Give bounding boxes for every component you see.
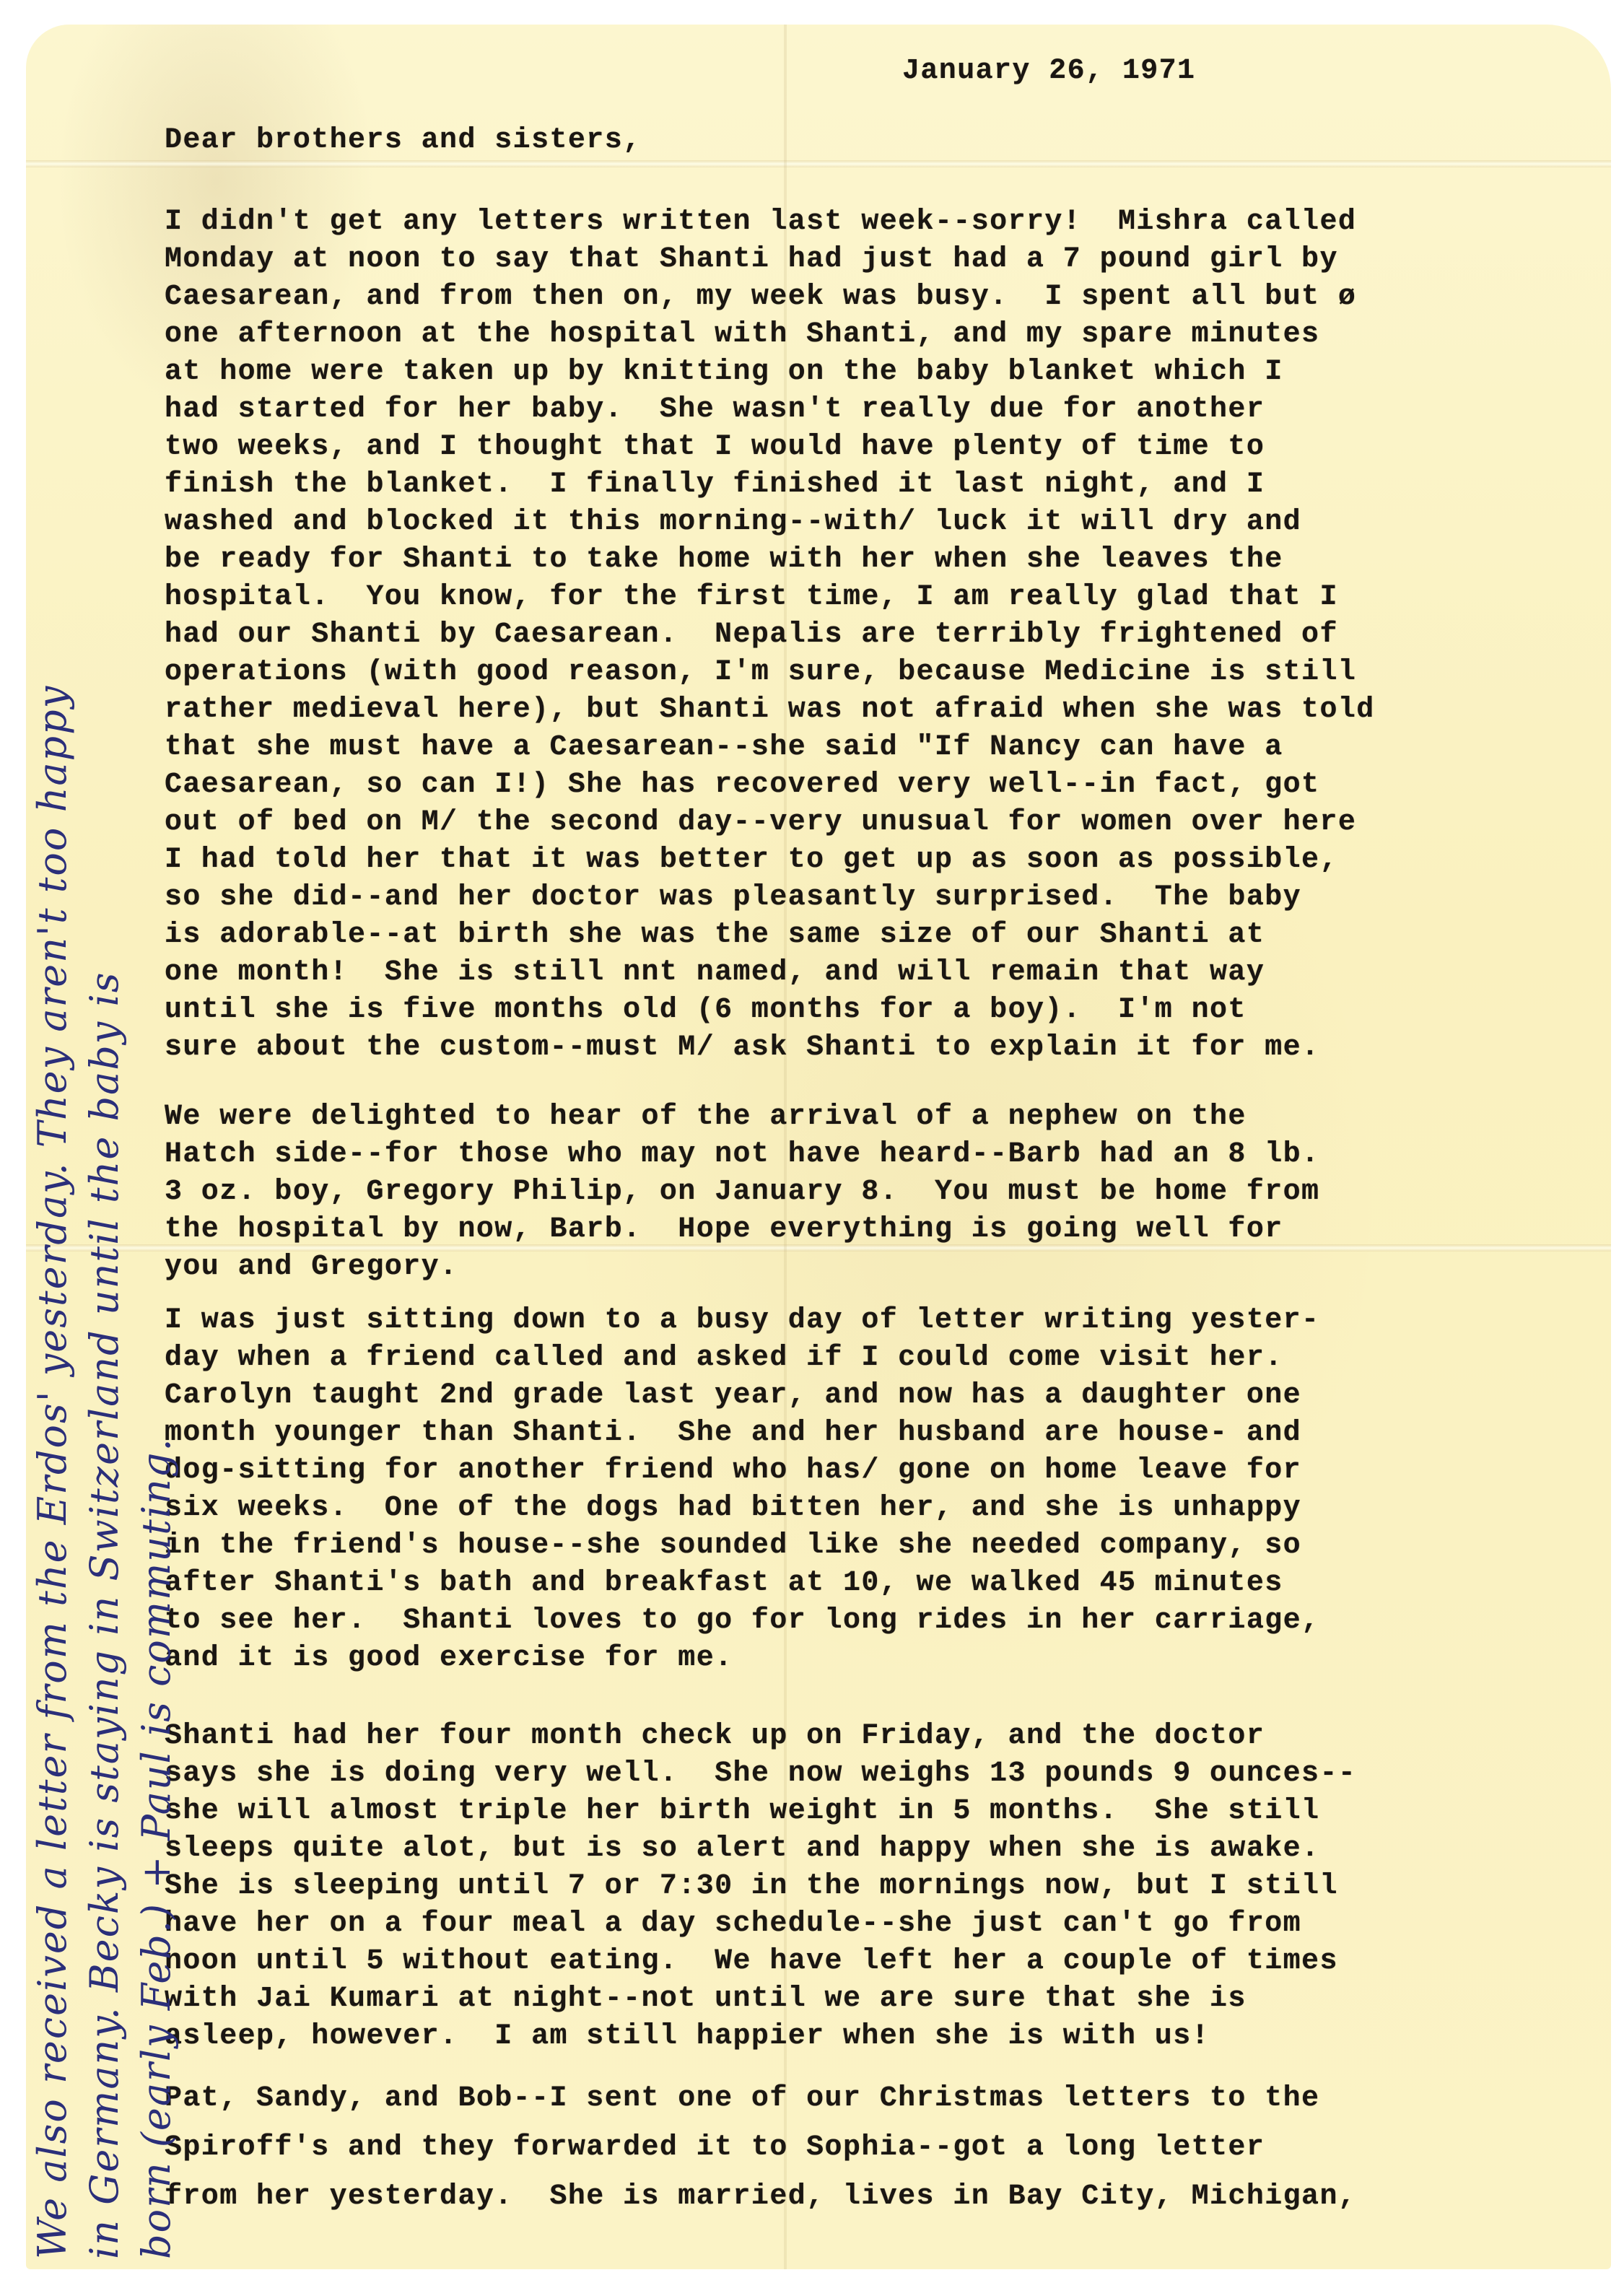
- typed-line: the hospital by now, Barb. Hope everythi…: [165, 1211, 1319, 1249]
- typed-line: I was just sitting down to a busy day of…: [165, 1302, 1319, 1340]
- paragraph-3: I was just sitting down to a busy day of…: [165, 1302, 1319, 1677]
- typed-line: operations (with good reason, I'm sure, …: [165, 654, 1375, 691]
- typed-line: so she did--and her doctor was pleasantl…: [165, 879, 1375, 917]
- typed-line: after Shanti's bath and breakfast at 10,…: [165, 1565, 1319, 1602]
- typed-line: from her yesterday. She is married, live…: [165, 2173, 1356, 2222]
- typed-line: one afternoon at the hospital with Shant…: [165, 316, 1375, 354]
- typed-line: be ready for Shanti to take home with he…: [165, 541, 1375, 579]
- typed-line: until she is five months old (6 months f…: [165, 992, 1375, 1029]
- typed-line: We were delighted to hear of the arrival…: [165, 1099, 1319, 1136]
- paragraph-5: Pat, Sandy, and Bob--I sent one of our C…: [165, 2074, 1356, 2222]
- typed-line: had our Shanti by Caesarean. Nepalis are…: [165, 616, 1375, 654]
- typed-line: Caesarean, and from then on, my week was…: [165, 279, 1375, 316]
- typed-line: Pat, Sandy, and Bob--I sent one of our C…: [165, 2074, 1356, 2123]
- handwritten-line: in Germany. Becky is staying in Switzerl…: [79, 166, 131, 2259]
- typed-line: that she must have a Caesarean--she said…: [165, 729, 1375, 767]
- typed-line: had started for her baby. She wasn't rea…: [165, 391, 1375, 429]
- typed-line: washed and blocked it this morning--with…: [165, 504, 1375, 541]
- typed-line: six weeks. One of the dogs had bitten he…: [165, 1490, 1319, 1527]
- typed-line: Shanti had her four month check up on Fr…: [165, 1718, 1356, 1755]
- paragraph-2: We were delighted to hear of the arrival…: [165, 1099, 1319, 1286]
- typed-line: sure about the custom--must M/ ask Shant…: [165, 1029, 1375, 1067]
- typed-line: she will almost triple her birth weight …: [165, 1793, 1356, 1830]
- typed-line: to see her. Shanti loves to go for long …: [165, 1602, 1319, 1640]
- typed-line: dog-sitting for another friend who has/ …: [165, 1452, 1319, 1490]
- typed-line: one month! She is still nnt named, and w…: [165, 954, 1375, 992]
- letter-date: January 26, 1971: [902, 55, 1195, 87]
- paragraph-4: Shanti had her four month check up on Fr…: [165, 1718, 1356, 2056]
- typed-line: with Jai Kumari at night--not until we a…: [165, 1981, 1356, 2018]
- typed-line: two weeks, and I thought that I would ha…: [165, 429, 1375, 466]
- paragraph-1: I didn't get any letters written last we…: [165, 204, 1375, 1067]
- typed-line: you and Gregory.: [165, 1249, 1319, 1286]
- typed-line: rather medieval here), but Shanti was no…: [165, 691, 1375, 729]
- typed-line: hospital. You know, for the first time, …: [165, 579, 1375, 616]
- typed-line: Hatch side--for those who may not have h…: [165, 1136, 1319, 1174]
- letter-salutation: Dear brothers and sisters,: [165, 124, 642, 157]
- typed-line: have her on a four meal a day schedule--…: [165, 1905, 1356, 1943]
- typed-line: finish the blanket. I finally finished i…: [165, 466, 1375, 504]
- typed-line: Carolyn taught 2nd grade last year, and …: [165, 1377, 1319, 1415]
- fold-line: [26, 160, 1611, 167]
- typed-line: She is sleeping until 7 or 7:30 in the m…: [165, 1868, 1356, 1905]
- handwritten-line: We also received a letter from the Erdos…: [27, 166, 79, 2259]
- typed-line: 3 oz. boy, Gregory Philip, on January 8.…: [165, 1174, 1319, 1211]
- typed-line: Monday at noon to say that Shanti had ju…: [165, 241, 1375, 279]
- typed-line: noon until 5 without eating. We have lef…: [165, 1943, 1356, 1981]
- typed-line: I had told her that it was better to get…: [165, 842, 1375, 879]
- typed-line: I didn't get any letters written last we…: [165, 204, 1375, 241]
- typed-line: sleeps quite alot, but is so alert and h…: [165, 1830, 1356, 1868]
- handwritten-margin-note: We also received a letter from the Erdos…: [27, 166, 183, 2259]
- typed-line: in the friend's house--she sounded like …: [165, 1527, 1319, 1565]
- typed-line: Spiroff's and they forwarded it to Sophi…: [165, 2123, 1356, 2173]
- typed-line: at home were taken up by knitting on the…: [165, 354, 1375, 391]
- typed-line: day when a friend called and asked if I …: [165, 1340, 1319, 1377]
- typed-line: month younger than Shanti. She and her h…: [165, 1415, 1319, 1452]
- handwritten-line: born (early Feb.) + Paul is commuting.: [131, 166, 183, 2259]
- typed-line: says she is doing very well. She now wei…: [165, 1755, 1356, 1793]
- typed-line: is adorable--at birth she was the same s…: [165, 917, 1375, 954]
- typed-line: and it is good exercise for me.: [165, 1640, 1319, 1677]
- typed-line: out of bed on M/ the second day--very un…: [165, 804, 1375, 842]
- typed-line: asleep, however. I am still happier when…: [165, 2018, 1356, 2056]
- typed-line: Caesarean, so can I!) She has recovered …: [165, 767, 1375, 804]
